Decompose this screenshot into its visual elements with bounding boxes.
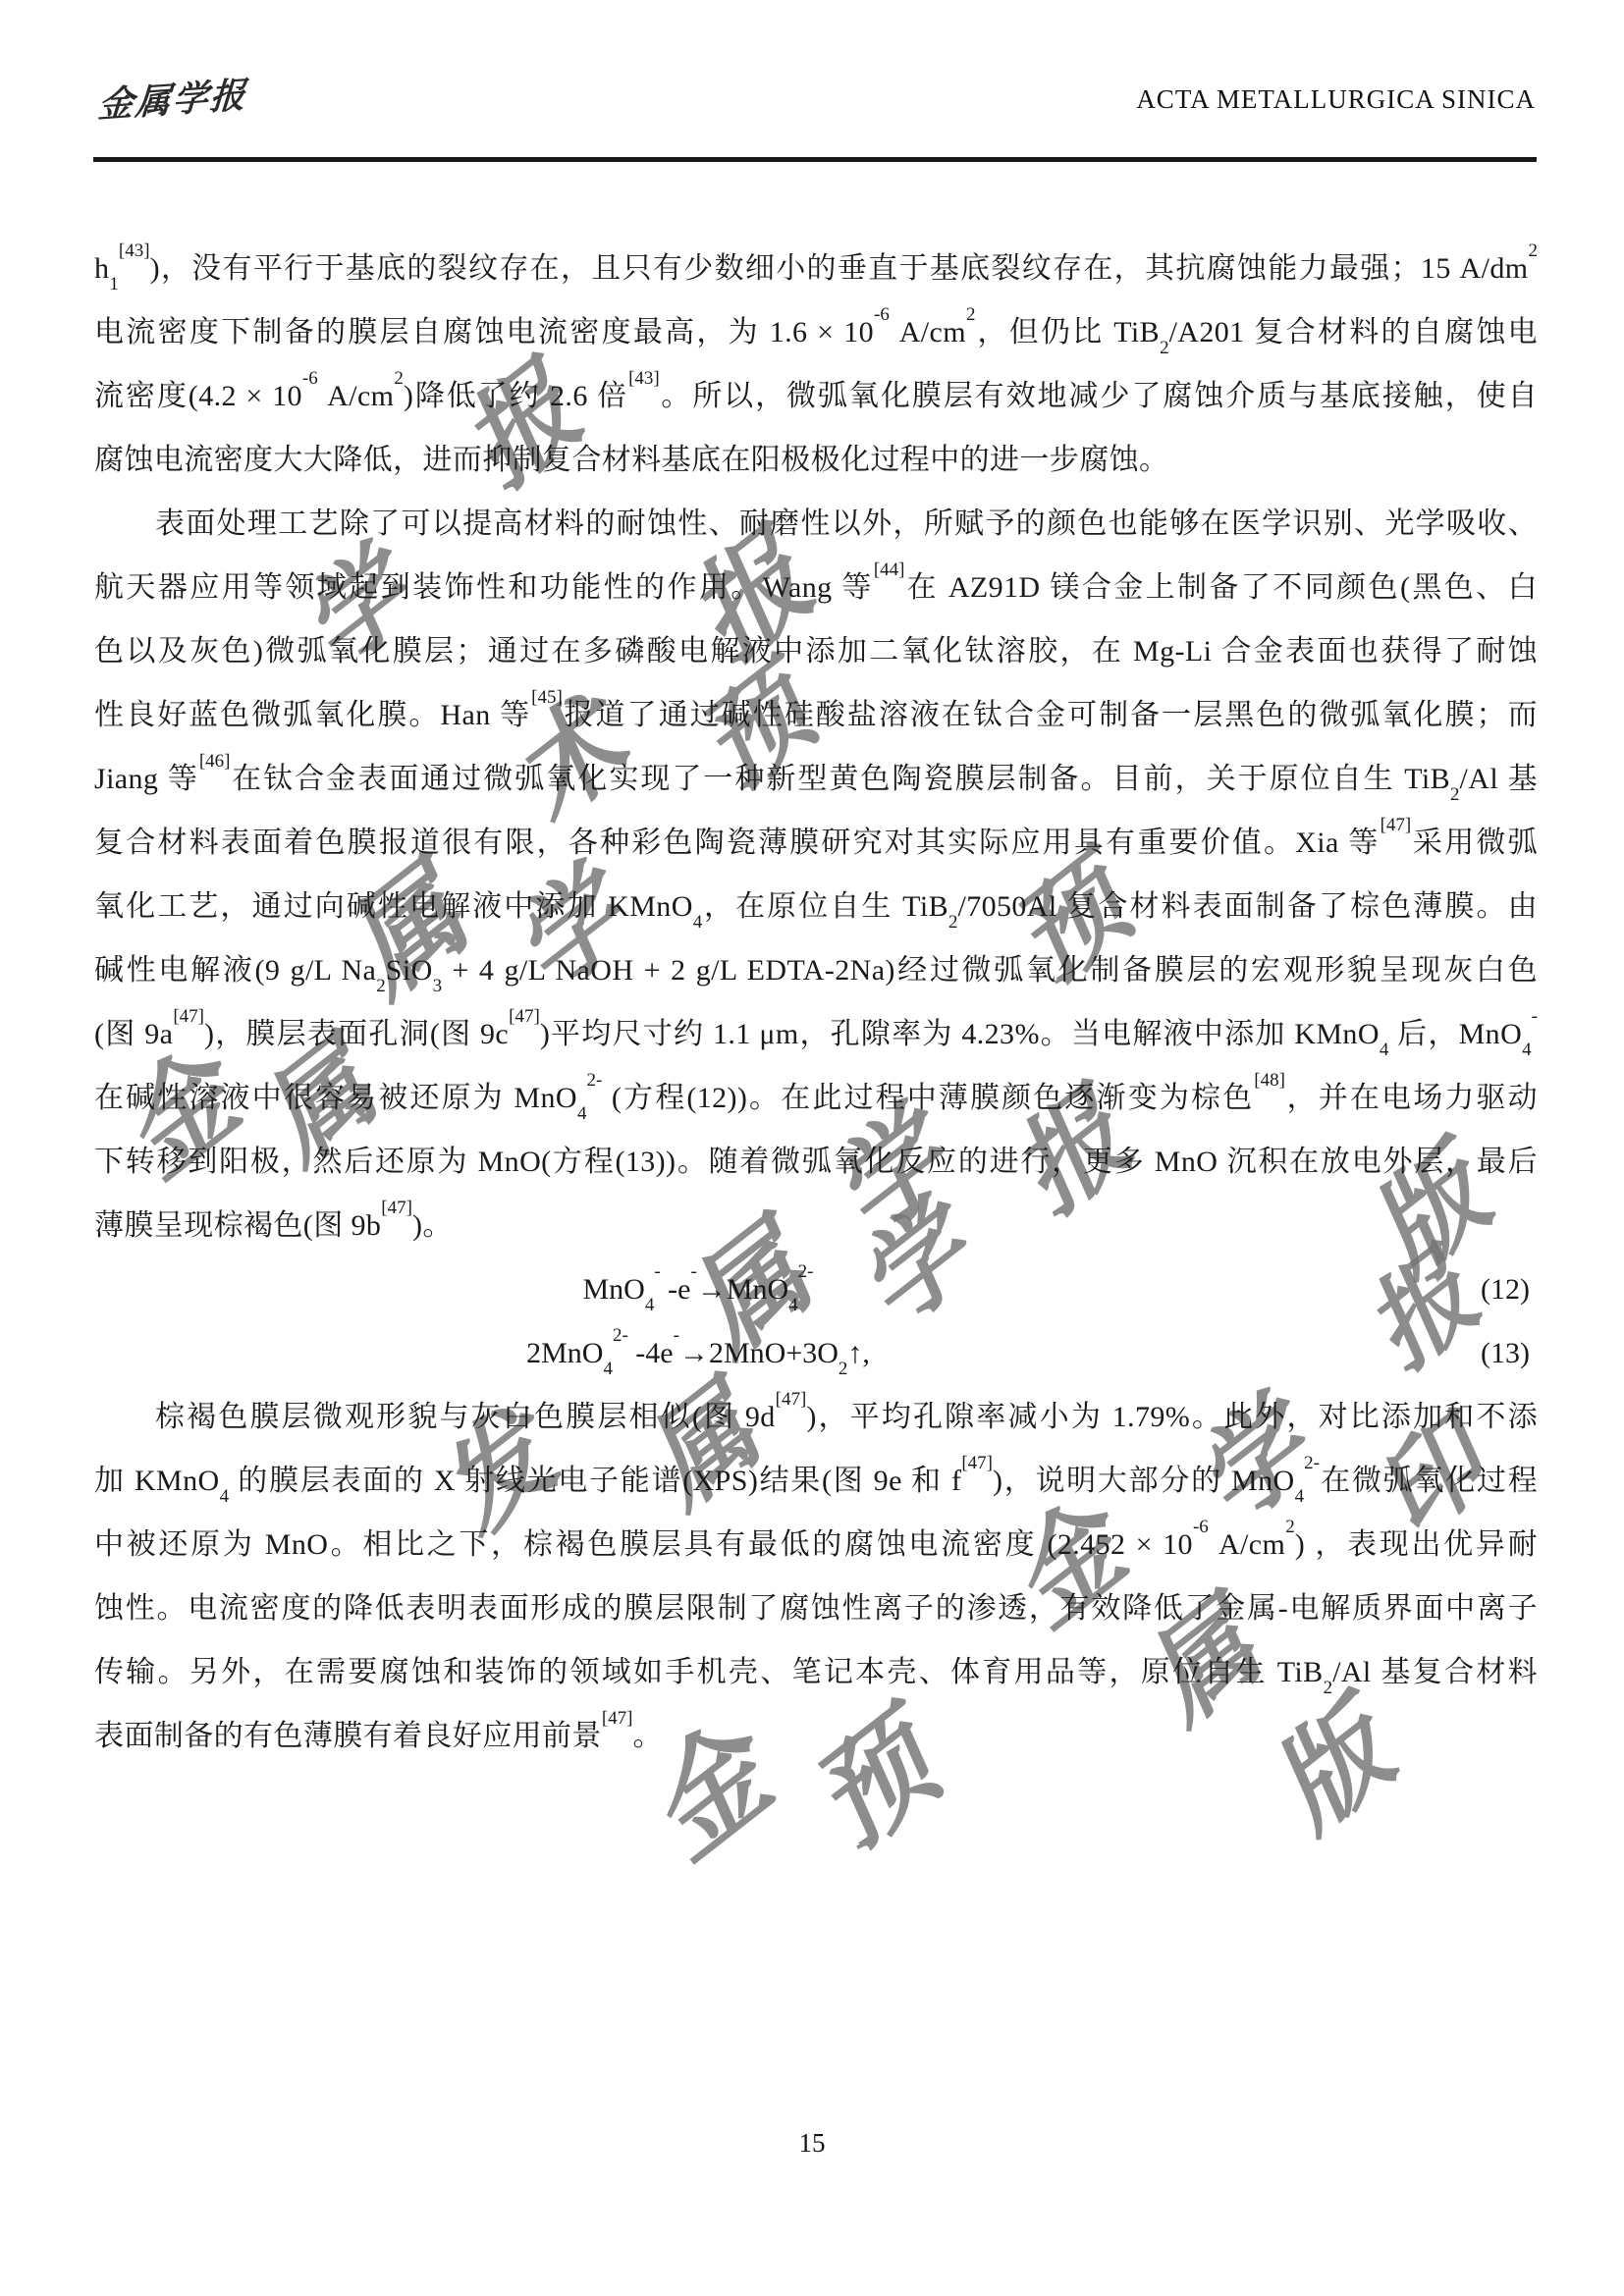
text-line: 色以及灰色)微弧氧化膜层；通过在多磷酸电解液中添加二氧化钛溶胶，在 Mg-Li …: [94, 619, 1538, 683]
body-text: h1[43])，没有平行于基底的裂纹存在，且只有少数细小的垂直于基底裂纹存在，其…: [94, 237, 1538, 1768]
equation-body: 2MnO42- -4e-→2MnO+3O2↑,: [526, 1321, 870, 1385]
equation-row: 2MnO42- -4e-→2MnO+3O2↑,(13): [94, 1321, 1538, 1385]
text-line: 下转移到阳极，然后还原为 MnO(方程(13))。随着微弧氧化反应的进行，更多 …: [94, 1130, 1538, 1194]
equation-body: MnO4- -e-→MnO42-: [583, 1257, 814, 1321]
text-line: h1[43])，没有平行于基底的裂纹存在，且只有少数细小的垂直于基底裂纹存在，其…: [94, 237, 1538, 300]
page-number: 15: [0, 2128, 1624, 2159]
equation-number: (12): [1481, 1257, 1530, 1321]
journal-title: ACTA METALLURGICA SINICA: [1136, 84, 1536, 115]
text-line: 碱性电解液(9 g/L Na2SiO3 + 4 g/L NaOH + 2 g/L…: [94, 938, 1538, 1002]
text-line: 蚀性。电流密度的降低表明表面形成的膜层限制了腐蚀性离子的渗透，有效降低了金属-电…: [94, 1576, 1538, 1640]
text-line: 复合材料表面着色膜报道很有限，各种彩色陶瓷薄膜研究对其实际应用具有重要价值。Xi…: [94, 811, 1538, 875]
text-line: 性良好蓝色微弧氧化膜。Han 等[45]报道了通过碱性硅酸盐溶液在钛合金可制备一…: [94, 683, 1538, 747]
equation-row: MnO4- -e-→MnO42-(12): [94, 1257, 1538, 1321]
text-line: 传输。另外，在需要腐蚀和装饰的领域如手机壳、笔记本壳、体育用品等，原位自生 Ti…: [94, 1640, 1538, 1704]
header-divider: [93, 157, 1537, 162]
text-line: 航天器应用等领域起到装饰性和功能性的作用。Wang 等[44]在 AZ91D 镁…: [94, 556, 1538, 619]
text-line: 流密度(4.2 × 10-6 A/cm2)降低了约 2.6 倍[43]。所以，微…: [94, 364, 1538, 428]
text-line: 表面处理工艺除了可以提高材料的耐蚀性、耐磨性以外，所赋予的颜色也能够在医学识别、…: [94, 492, 1538, 556]
text-line: 表面制备的有色薄膜有着良好应用前景[47]。: [94, 1704, 1538, 1768]
text-line: 薄膜呈现棕褐色(图 9b[47])。: [94, 1194, 1538, 1257]
text-line: 在碱性溶液中很容易被还原为 MnO42- (方程(12))。在此过程中薄膜颜色逐…: [94, 1066, 1538, 1130]
journal-logo: 金属学报: [96, 68, 248, 129]
paper-page: 报学报术预属学预金属学报版属学报发属学印金属金预版 金属学报 ACTA META…: [0, 0, 1624, 2296]
text-line: 中被还原为 MnO。相比之下，棕褐色膜层具有最低的腐蚀电流密度 (2.452 ×…: [94, 1513, 1538, 1576]
text-line: 腐蚀电流密度大大降低，进而抑制复合材料基底在阳极极化过程中的进一步腐蚀。: [94, 428, 1538, 492]
text-line: 加 KMnO4 的膜层表面的 X 射线光电子能谱(XPS)结果(图 9e 和 f…: [94, 1449, 1538, 1513]
text-line: Jiang 等[46]在钛合金表面通过微弧氧化实现了一种新型黄色陶瓷膜层制备。目…: [94, 747, 1538, 811]
text-line: (图 9a[47])，膜层表面孔洞(图 9c[47])平均尺寸约 1.1 μm，…: [94, 1002, 1538, 1066]
text-line: 电流密度下制备的膜层自腐蚀电流密度最高，为 1.6 × 10-6 A/cm2，但…: [94, 300, 1538, 364]
text-line: 棕褐色膜层微观形貌与灰白色膜层相似(图 9d[47])，平均孔隙率减小为 1.7…: [94, 1385, 1538, 1449]
equation-number: (13): [1481, 1321, 1530, 1385]
text-line: 氧化工艺，通过向碱性电解液中添加 KMnO4，在原位自生 TiB2/7050Al…: [94, 875, 1538, 938]
